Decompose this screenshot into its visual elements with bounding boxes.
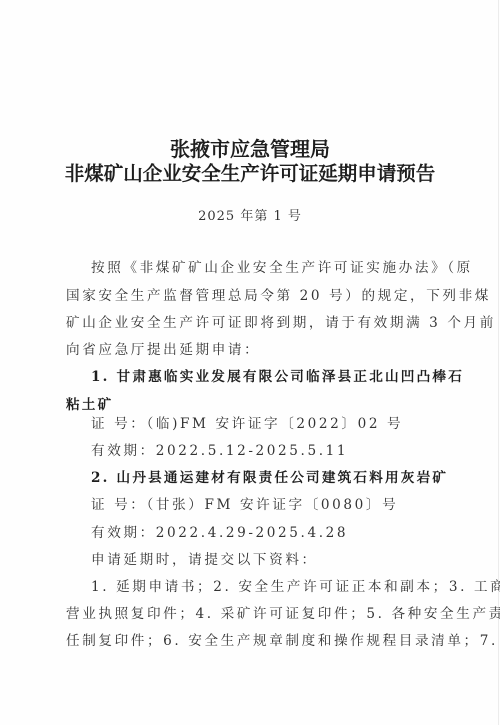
intro-line: 向省应急厅提出延期申请： — [66, 341, 426, 359]
materials-line: 任制复印件；6. 安全生产规章制度和操作规程目录清单；7. — [66, 632, 426, 650]
document-page: 张掖市应急管理局 非煤矿山企业安全生产许可证延期申请预告 2025 年第 1 号… — [0, 0, 500, 725]
document-number: 2025 年第 1 号 — [0, 205, 500, 224]
materials-heading: 申请延期时，请提交以下资料： — [91, 551, 451, 569]
company-1-name-cont: 粘土矿 — [66, 396, 426, 414]
company-2-cert-no: 证 号：（甘张）FM 安许证字〔0080〕号 — [91, 496, 451, 514]
company-1-name: 1. 甘肃惠临实业发展有限公司临泽县正北山凹凸棒石 — [91, 368, 451, 386]
intro-line: 国家安全生产监督管理总局令第 20 号）的规定，下列非煤 — [66, 287, 426, 305]
materials-line: 1. 延期申请书；2. 安全生产许可证正本和副本；3. 工商 — [91, 578, 451, 596]
company-1-validity: 有效期：2022.5.12-2025.5.11 — [91, 442, 451, 460]
materials-line: 营业执照复印件；4. 采矿许可证复印件；5. 各种安全生产责 — [66, 605, 426, 623]
company-2-name: 2. 山丹县通运建材有限责任公司建筑石料用灰岩矿 — [91, 469, 451, 487]
notice-title: 非煤矿山企业安全生产许可证延期申请预告 — [0, 158, 500, 186]
company-1-cert-no: 证 号：（临)FM 安许证字〔2022〕02 号 — [91, 415, 451, 433]
company-2-validity: 有效期：2022.4.29-2025.4.28 — [91, 524, 451, 542]
intro-line: 按照《非煤矿矿山企业安全生产许可证实施办法》（原 — [91, 259, 451, 277]
intro-line: 矿山企业安全生产许可证即将到期，请于有效期满 3 个月前 — [66, 314, 426, 332]
